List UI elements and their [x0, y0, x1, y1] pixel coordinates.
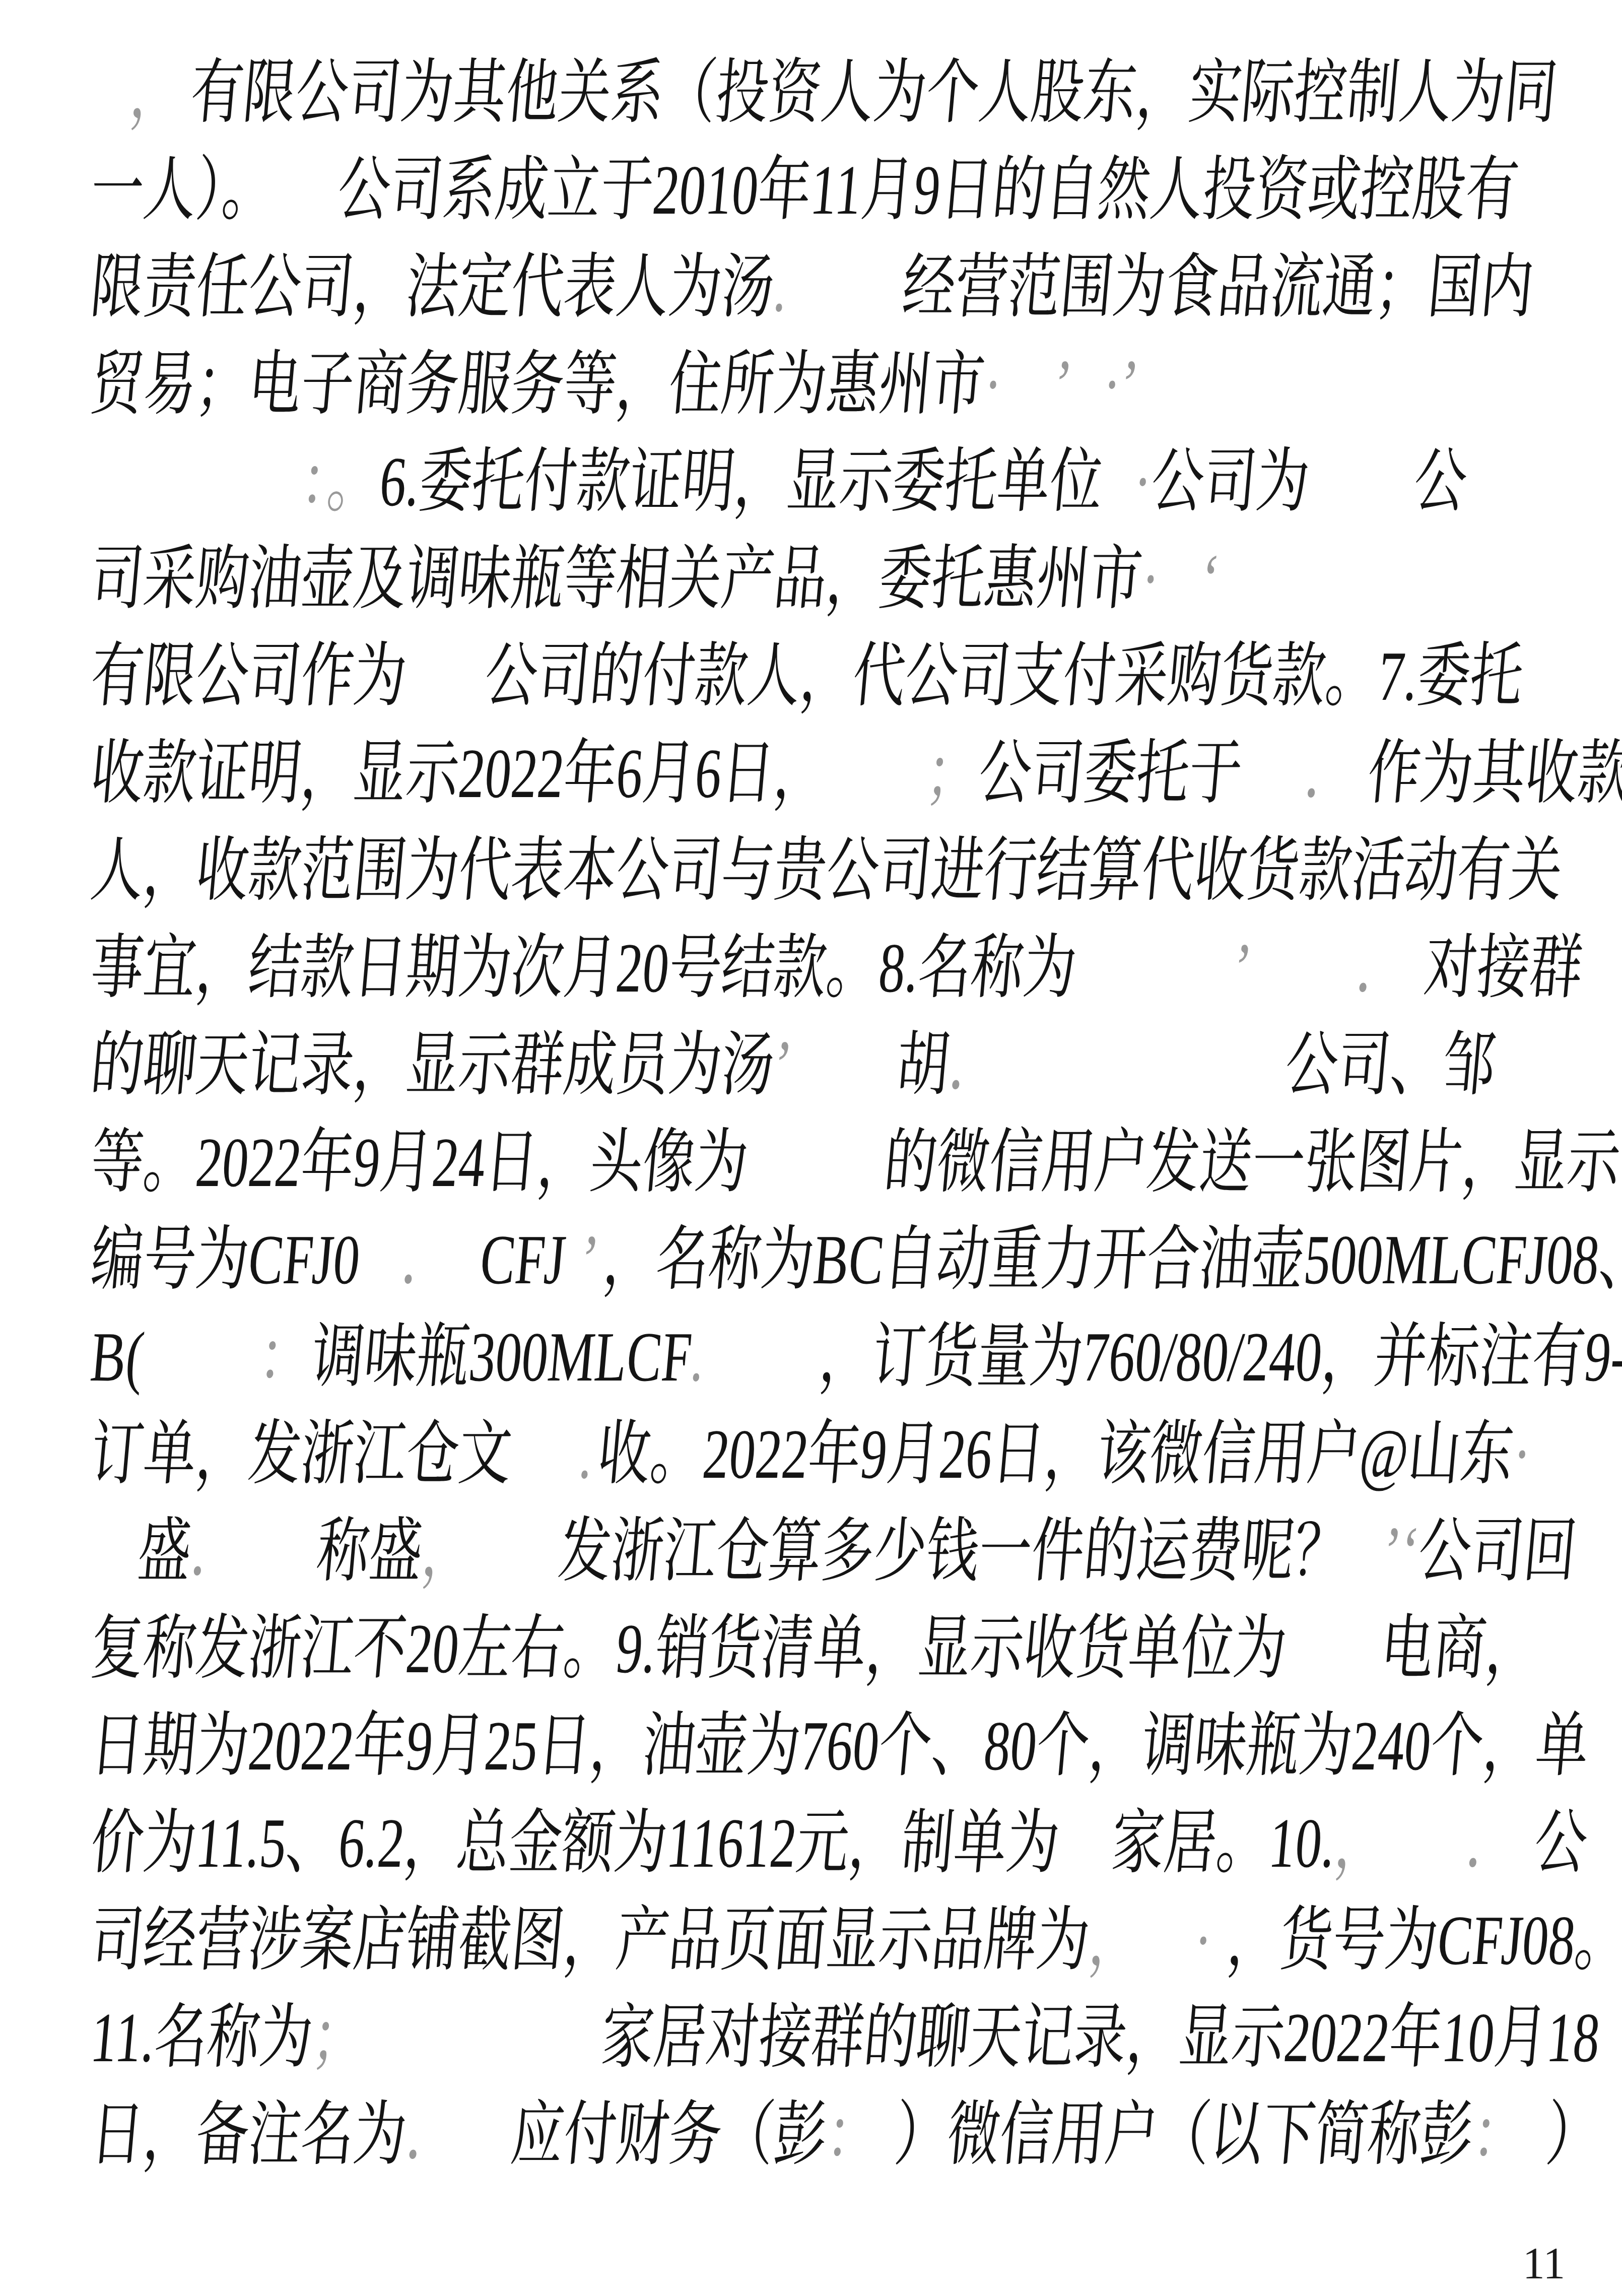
redaction-gap: [1307, 504, 1412, 505]
faint-mark: ．: [397, 1211, 458, 1308]
text-run: 公: [1410, 433, 1471, 531]
text-run: 作为其收款: [1364, 725, 1622, 822]
faint-mark: ．: [1462, 1795, 1523, 1892]
redaction-gap: [181, 115, 189, 116]
redaction-gap: [1210, 1963, 1226, 1964]
text-run: ，订货量为760/80/240，并标注有9-24: [816, 1308, 1622, 1406]
faint-mark: ’: [1230, 920, 1256, 1017]
text-line: 一人）。公司系成立于2010年11月9日的自然人投资或控股有: [87, 142, 1522, 239]
redaction-gap: [1285, 1671, 1379, 1672]
redaction-gap: [1356, 796, 1366, 797]
faint-mark: ；: [922, 725, 983, 822]
text-run: 订单，发浙江仓文: [87, 1406, 515, 1503]
redaction-gap: [509, 1477, 578, 1478]
faint-mark: ’: [1050, 336, 1076, 433]
redaction-gap: [1386, 1866, 1465, 1867]
text-run: 6.委托付款证明，显示委托单位: [376, 433, 1107, 531]
text-run: 11.名称为: [87, 1989, 316, 2086]
text-line: 的聊天记录，显示群成员为汤’胡．公司、邹: [87, 1017, 1500, 1114]
faint-mark: ‘: [1197, 531, 1224, 628]
faint-mark: ．: [187, 1503, 248, 1600]
text-run: 胡: [893, 1017, 954, 1114]
faint-mark: ；: [308, 1989, 369, 2086]
text-run: 日，备注名为: [87, 2086, 411, 2184]
redaction-gap: [789, 1088, 895, 1089]
redaction-gap: [241, 1574, 315, 1575]
text-run: 公司的付款人，代公司支付采购货款。7.委托: [481, 628, 1527, 725]
redaction-gap: [1158, 602, 1200, 603]
text-run: 应付财务（彭: [507, 2086, 831, 2184]
text-run: 等。2022年9月24日，头像为: [87, 1114, 752, 1211]
text-run: 编号为CFJ0: [87, 1211, 364, 1308]
faint-mark: ．: [1352, 920, 1413, 1017]
faint-mark: ：: [823, 2086, 884, 2184]
text-run: 日期为2022年9月25日，油壶为760个、80个，调味瓶为240个，单: [87, 1697, 1592, 1795]
redaction-gap: [358, 1282, 400, 1283]
redaction-gap: [877, 2157, 893, 2158]
document-page: ，有限公司为其他关系（投资人为个人股东，实际控制人为同一人）。公司系成立于201…: [0, 0, 1622, 2296]
redaction-gap: [785, 310, 901, 311]
redaction-gap: [1000, 1088, 1283, 1089]
text-run: 发浙江仓算多少钱一件的运费呢？: [555, 1503, 1351, 1600]
redaction-gap: [702, 1380, 818, 1381]
text-run: 公司为: [1147, 433, 1314, 531]
text-run: 事宜，结款日期为次月20号结款。8.名称为: [87, 920, 1080, 1017]
redaction-gap: [1070, 407, 1102, 408]
text-run: 电商，: [1377, 1600, 1543, 1697]
redaction-gap: [1345, 1574, 1382, 1575]
text-run: 有限公司为其他关系（投资人为个人股东，实际控制人为同: [187, 44, 1562, 142]
faint-mark: ．: [1301, 725, 1362, 822]
text-run: 收。2022年9月26日，该微信用户@山东: [594, 1406, 1518, 1503]
text-line: 司采购油壶及调味瓶等相关产品，委托惠州市·‘: [87, 531, 1223, 628]
faint-mark: ，: [126, 44, 187, 142]
redaction-gap: [1240, 796, 1303, 797]
redaction-gap: [457, 2157, 509, 2158]
redaction-gap: [1523, 2157, 1544, 2158]
redaction-gap: [1101, 504, 1132, 505]
redaction-gap: [1517, 1866, 1532, 1867]
text-run: 司经营涉案店铺截图，产品页面显示品牌为: [87, 1892, 1094, 1989]
redaction-gap: [142, 1380, 257, 1381]
text-line: ：。6.委托付款证明，显示委托单位·公司为公: [87, 433, 1471, 531]
redaction-gap: [273, 213, 336, 214]
faint-mark: ．: [945, 1017, 1006, 1114]
text-line: 订单，发浙江仓文.收。2022年9月26日，该微信用户@山东·: [87, 1406, 1535, 1503]
text-run: 家居。10.: [1108, 1795, 1339, 1892]
faint-mark: ：: [255, 1308, 316, 1406]
text-run: 贸易；电子商务服务等，住所为惠州市: [87, 336, 988, 433]
text-run: 家居对接群的聊天记录，显示2022年10月18: [597, 1989, 1604, 2086]
redaction-gap: [825, 796, 924, 797]
text-run: 对接群: [1421, 920, 1587, 1017]
text-run: 的聊天记录，显示群成员为汤: [87, 1017, 778, 1114]
text-line: 等。2022年9月24日，头像为的微信用户发送一张图片，显示: [87, 1114, 1622, 1211]
text-run: 公司回: [1414, 1503, 1581, 1600]
faint-mark: ，: [418, 1503, 479, 1600]
text-line: 日，备注名为．应付财务（彭：）微信用户（以下简称彭：）: [87, 2086, 1603, 2184]
text-line: 盛．称盛，发浙江仓算多少钱一件的运费呢？’‘公司回: [87, 1503, 1580, 1600]
text-run: 调味瓶300MLCF: [308, 1308, 696, 1406]
redaction-gap: [1249, 991, 1355, 992]
redaction-gap: [452, 1282, 479, 1283]
faint-mark: ，: [1085, 1892, 1146, 1989]
redaction-gap: [1074, 991, 1232, 992]
text-run: 称盛: [313, 1503, 426, 1600]
text-run: B(: [87, 1308, 148, 1406]
text-line: 事宜，结款日期为次月20号结款。8.名称为’．对接群: [87, 920, 1586, 1017]
text-run: 一人）。: [87, 142, 279, 239]
text-run: 公: [1530, 1795, 1591, 1892]
text-line: ，有限公司为其他关系（投资人为个人股东，实际控制人为同: [87, 44, 1561, 142]
text-run: 的微信用户发送一张图片，显示: [880, 1114, 1622, 1211]
text-run: ，货号为CFJ08。: [1224, 1892, 1622, 1989]
text-run: 经营范围为食品流通；国内: [899, 239, 1537, 336]
text-run: 公司系成立于2010年11月9日的自然人投资或控股有: [334, 142, 1523, 239]
text-run: CFJ: [477, 1211, 570, 1308]
redaction-gap: [472, 1574, 557, 1575]
text-run: 有限公司作为: [87, 628, 411, 725]
text-run: 价为11.5、6.2，总金额为11612元，制单为: [87, 1795, 1063, 1892]
text-line: 司经营涉案店铺截图，产品页面显示品牌为，·，货号为CFJ08。: [87, 1892, 1622, 1989]
redaction-gap: [596, 1282, 602, 1283]
text-line: 11.名称为；家居对接群的聊天记录，显示2022年10月18: [87, 1989, 1604, 2086]
text-line: 价为11.5、6.2，总金额为11612元，制单为家居。10.，．公: [87, 1795, 1591, 1892]
redaction-gap: [404, 699, 484, 700]
text-run: 限责任公司，法定代表人为汤: [87, 239, 778, 336]
text-run: 盛: [134, 1503, 195, 1600]
faint-mark: ’: [577, 1211, 603, 1308]
text-run: 人，收款范围为代表本公司与贵公司进行结算代收货款活动有关: [87, 822, 1566, 920]
faint-mark: ：。: [297, 433, 384, 531]
text-line: 收款证明，显示2022年6月6日，；公司委托于．作为其收款: [87, 725, 1622, 822]
text-run: 公司委托于: [975, 725, 1246, 822]
redaction-gap: [1057, 1866, 1110, 1867]
redaction-gap: [746, 1185, 883, 1186]
faint-mark: ，: [1331, 1795, 1392, 1892]
text-line: 限责任公司，法定代表人为汤.经营范围为食品流通；国内: [87, 239, 1537, 336]
text-line: 人，收款范围为代表本公司与贵公司进行结算代收货款活动有关: [87, 822, 1566, 920]
redaction-gap: [591, 1477, 596, 1478]
redaction-gap: [1140, 1963, 1192, 1964]
faint-mark: ·: [1190, 1892, 1216, 1989]
text-line: 编号为CFJ0．CFJ’，名称为BC自动重力开合油壶500MLCFJ08、: [87, 1211, 1622, 1308]
text-run: ）: [1542, 2086, 1603, 2184]
redaction-gap: [563, 1282, 579, 1283]
faint-mark: ：: [1469, 2086, 1530, 2184]
redaction-gap: [363, 2060, 600, 2061]
text-run: ，名称为BC自动重力开合油壶500MLCFJ08、: [599, 1211, 1622, 1308]
redaction-gap: [1407, 991, 1423, 992]
text-run: 司采购油壶及调味瓶等相关产品，委托惠州市: [87, 531, 1146, 628]
text-run: 收款证明，显示2022年6月6日，: [87, 725, 831, 822]
text-line: 日期为2022年9月25日，油壶为760个、80个，调味瓶为240个，单: [87, 1697, 1592, 1795]
text-line: 复称发浙江不20左右。9.销货清单，显示收货单位为电商，: [87, 1600, 1542, 1697]
text-line: B(：调味瓶300MLCF.，订货量为760/80/240，并标注有9-24: [87, 1308, 1622, 1406]
faint-mark: .: [575, 1406, 597, 1503]
text-run: 复称发浙江不20左右。9.销货清单，显示收货单位为: [87, 1600, 1291, 1697]
page-number: 11: [1504, 2236, 1584, 2291]
text-run: 公司、邹: [1281, 1017, 1500, 1114]
faint-mark: ·’: [1099, 336, 1142, 433]
text-line: 有限公司作为公司的付款人，代公司支付采购货款。7.委托: [87, 628, 1527, 725]
text-line: 贸易；电子商务服务等，住所为惠州市·’·’: [87, 336, 1142, 433]
text-run: ）微信用户（以下简称彭: [891, 2086, 1477, 2184]
redaction-gap: [1000, 407, 1052, 408]
faint-mark: ．: [402, 2086, 463, 2184]
